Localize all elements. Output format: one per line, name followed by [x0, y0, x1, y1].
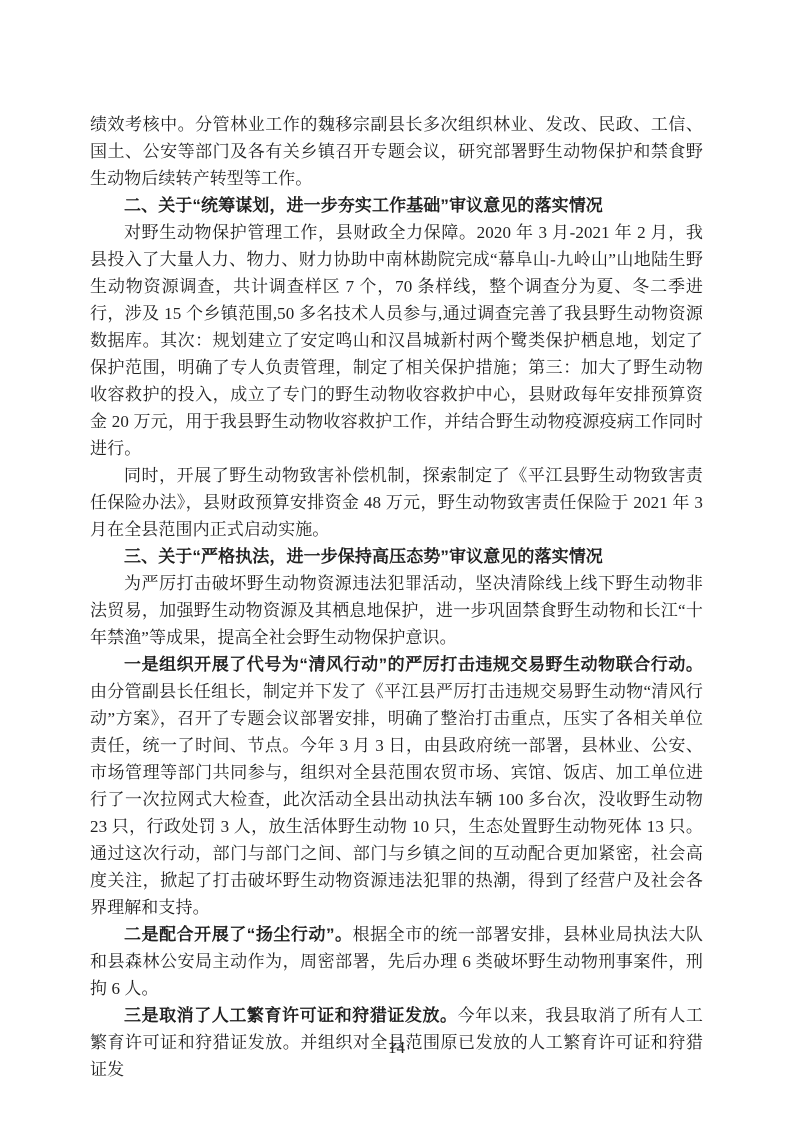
paragraph-resource-survey: 对野生动物保护管理工作，县财政全力保障。2020 年 3 月-2021 年 2 … [90, 219, 703, 462]
section-heading-2: 二、关于“统筹谋划，进一步夯实工作基础”审议意见的落实情况 [90, 192, 703, 219]
paragraph-item-1-body: 由分管副县长任组长，制定并下发了《平江县严厉打击违规交易野生动物“清风行动”方案… [90, 682, 703, 917]
paragraph-item-2: 二是配合开展了“扬尘行动”。根据全市的统一部署安排，县林业局执法大队和县森林公安… [90, 921, 703, 1002]
page-number: 14 [388, 1038, 405, 1057]
paragraph-item-3-lead: 三是取消了人工繁育许可证和狩猎证发放。 [124, 1006, 458, 1025]
paragraph-enforcement-intro: 为严厉打击破坏野生动物资源违法犯罪活动，坚决清除线上线下野生动物非法贸易，加强野… [90, 570, 703, 651]
paragraph-item-1: 一是组织开展了代号为“清风行动”的严厉打击违规交易野生动物联合行动。由分管副县长… [90, 651, 703, 921]
paragraph-item-2-lead: 二是配合开展了“扬尘行动”。 [124, 925, 353, 944]
document-body: 绩效考核中。分管林业工作的魏移宗副县长多次组织林业、发改、民政、工信、国土、公安… [90, 111, 703, 1083]
section-heading-3: 三、关于“严格执法，进一步保持高压态势”审议意见的落实情况 [90, 543, 703, 570]
document-page: 绩效考核中。分管林业工作的魏移宗副县长多次组织林业、发改、民政、工信、国土、公安… [0, 0, 793, 1122]
page-footer: 14 [0, 1034, 793, 1061]
paragraph-item-1-lead: 一是组织开展了代号为“清风行动”的严厉打击违规交易野生动物联合行动。 [124, 655, 703, 674]
paragraph-continuation: 绩效考核中。分管林业工作的魏移宗副县长多次组织林业、发改、民政、工信、国土、公安… [90, 111, 703, 192]
paragraph-damage-compensation: 同时，开展了野生动物致害补偿机制，探索制定了《平江县野生动物致害责任保险办法》，… [90, 462, 703, 543]
